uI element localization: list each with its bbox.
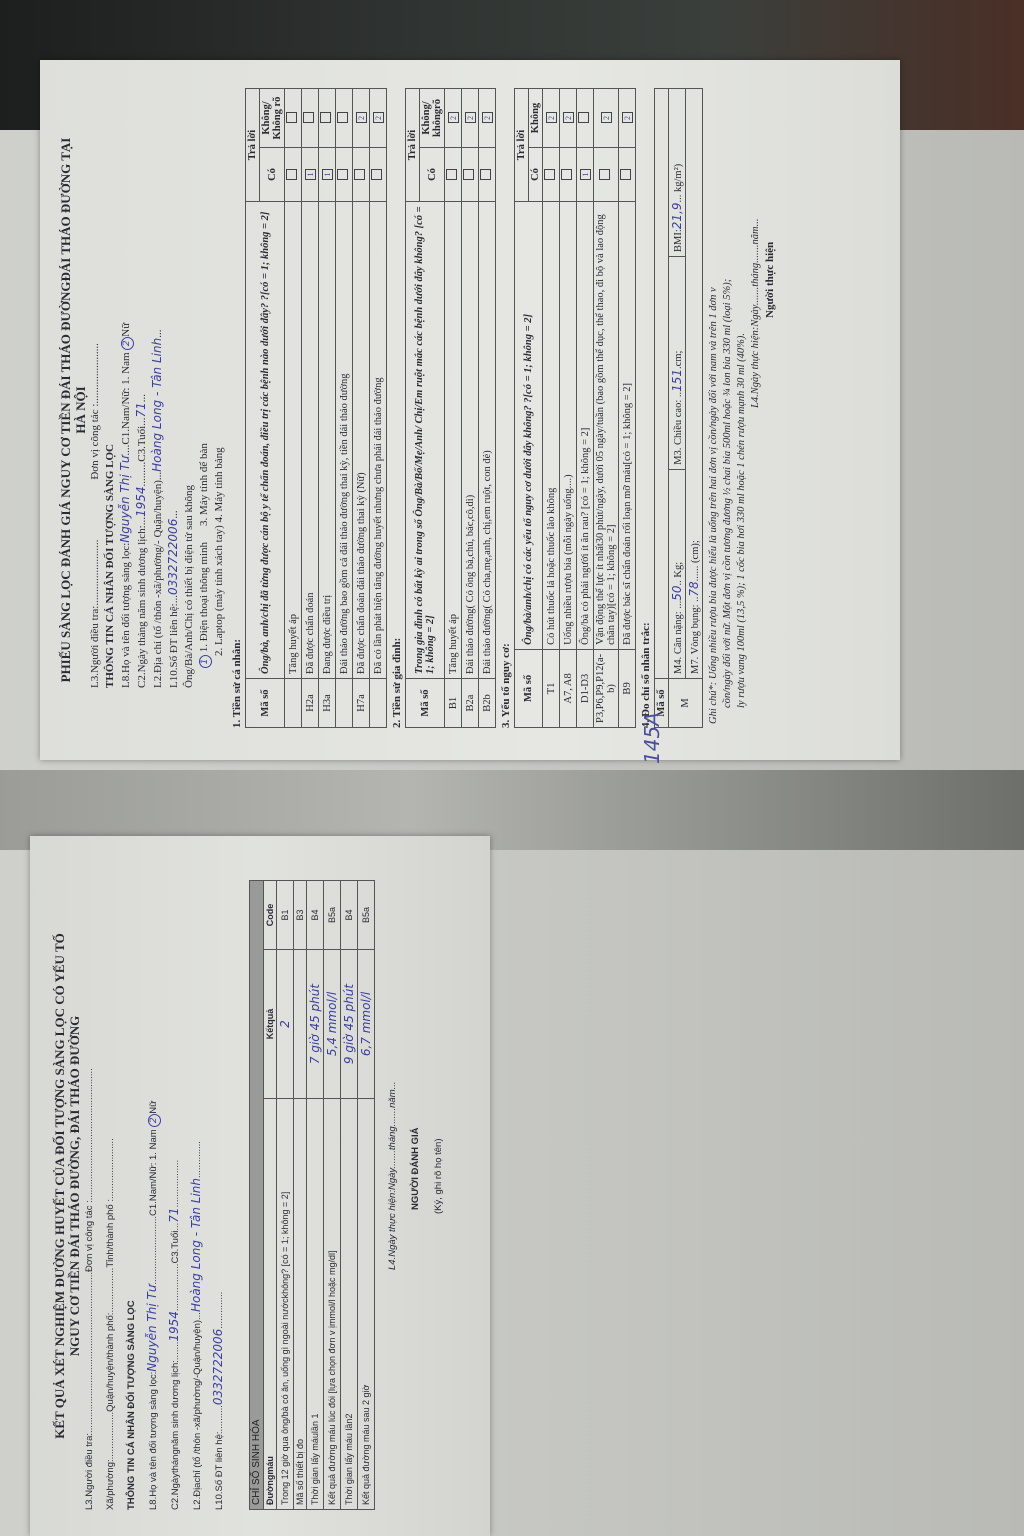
table-row: T1Có hút thuốc lá hoặc thuốc lào không2 [543, 89, 560, 728]
col-code: Mã số [246, 679, 285, 728]
gender-label: C1.Nam/Nữ: 1. Nam [120, 352, 132, 444]
address-label: L2.Địa chỉ (tổ /thôn -xã/phường/- Quận/h… [152, 480, 164, 688]
table-row: A7, A8Uống nhiều rượu bia (mỗi ngày uống… [560, 89, 577, 728]
age-value[interactable]: 71 [134, 402, 148, 417]
col-question: Ông/bà, anh/chị đã từng được cán bộ y tế… [246, 202, 285, 679]
cell-result[interactable]: 7 giờ 45 phút [307, 950, 324, 1099]
work-unit-label: Đơn vị công tác : [84, 1200, 95, 1272]
gender-female: Nữ [120, 323, 132, 337]
checkbox-yes[interactable]: 1 [305, 169, 316, 180]
screening-form-page: 145A PHIẾU SÀNG LỌC ĐÁNH GIÁ NGUY CƠ TIỀ… [40, 60, 900, 760]
cell-label: Trong 12 giờ qua ông/bà có ăn, uống gì n… [277, 1099, 294, 1510]
bmi-value[interactable]: 21,9 [670, 202, 684, 229]
table-row: B9Đã được bác sĩ chẩn đoán rối loạn mỡ m… [619, 89, 636, 728]
signer-note: (Ký, ghi rõ họ tên) [431, 862, 446, 1214]
height-unit: cm; [673, 351, 684, 367]
checkbox-no[interactable]: 2 [465, 113, 476, 124]
risk-factors-table: Mã sốÔng/bà/anh/chị có các yếu tố nguy c… [514, 88, 636, 728]
cell-text: Ông/bà có phải người ít ăn rau? [có = 1;… [577, 202, 594, 650]
checkbox-no[interactable]: 2 [601, 113, 612, 124]
col-answer: Trả lời [515, 89, 529, 202]
table-row: Thời gian lấy máulần 17 giờ 45 phútB4 [307, 881, 324, 1510]
cell-code: B2b [479, 679, 496, 728]
checkbox-no[interactable]: 2 [563, 113, 574, 124]
age-label: C3.Tuổi [170, 1231, 181, 1264]
birth-value[interactable]: 1954 [167, 1311, 181, 1342]
checkbox-no[interactable]: 2 [373, 113, 384, 124]
waist-label: M7. Vòng bụng: [690, 604, 701, 674]
phone-value[interactable]: 0332722006 [166, 519, 180, 595]
cell-result[interactable]: 9 giờ 45 phút [341, 950, 358, 1099]
table-row: Kết quả đường máu sau 2 giờ6,7 mmol/lB5a [358, 881, 375, 1510]
address-label: L2.Địachỉ (tổ /thôn -xã/phường/-Quận/huy… [192, 1320, 203, 1510]
table-row: Mã số thiết bị đoB3 [294, 881, 307, 1510]
gender-selected[interactable]: 2 [121, 337, 134, 350]
cell-code: B2a [462, 679, 479, 728]
waist-value[interactable]: 78 [687, 581, 701, 596]
table-row: B1Tăng huyết áp2 [445, 89, 462, 728]
checkbox-yes[interactable] [480, 169, 491, 180]
table-row: Trong 12 giờ qua ông/bà có ăn, uống gì n… [277, 881, 294, 1510]
checkbox-yes[interactable] [286, 169, 297, 180]
investigator-label: L3.Người điều tra: [84, 1433, 95, 1510]
cell-result[interactable]: 2 [277, 950, 294, 1099]
height-value[interactable]: 151 [670, 369, 684, 392]
cell-code: B4 [307, 881, 324, 950]
blood-glucose-result-page: KẾT QUẢ XÉT NGHIỆM ĐƯỜNG HUYẾT CỦA ĐỐI T… [30, 836, 490, 1536]
col-question: Trong gia đình có bất kỳ ai trong số Ông… [406, 202, 445, 679]
cell-text: Có hút thuốc lá hoặc thuốc lào không [543, 202, 560, 650]
device-question: Ông/Bà/Anh/Chị có thiết bị điện tử sau k… [182, 82, 197, 688]
personal-info-header: THÔNG TIN CÁ NHÂN ĐỐI TƯỢNG SÀNG LỌC [124, 862, 139, 1510]
col-yes: Có [260, 148, 285, 202]
name-value[interactable]: Nguyễn Thị Tư [118, 456, 132, 543]
checkbox-yes[interactable] [561, 169, 572, 180]
cell-code: T1 [543, 649, 560, 727]
checkbox-no[interactable]: 2 [448, 113, 459, 124]
section-anthropometry: 4. Đo chỉ số nhân trắc: [640, 82, 652, 728]
table-row: Tăng huyết áp [285, 89, 302, 728]
cell-result[interactable] [294, 950, 307, 1099]
cell-label: Thời gian lấy máulần 1 [307, 1099, 324, 1510]
weight-value[interactable]: 50 [670, 586, 684, 601]
device-option-1: 1. Điện thoại thông minh [198, 542, 210, 652]
province-label: Tỉnh/thành phố : [105, 1199, 116, 1268]
checkbox-no[interactable]: 2 [482, 113, 493, 124]
phone-value[interactable]: 0332722006 [211, 1329, 225, 1405]
waist-unit: (cm); [690, 540, 701, 563]
cell-text: Đang được điều trị [319, 202, 336, 679]
checkbox-yes[interactable]: 1 [322, 169, 333, 180]
cell-label: Mã số thiết bị đo [294, 1099, 307, 1510]
bmi-label: BMI: [673, 229, 684, 252]
table-row: H3aĐang được điều trị1 [319, 89, 336, 728]
cell-code [336, 679, 353, 728]
name-label: L8.Họ và tên đối tượng sàng lọc: [148, 1372, 159, 1510]
checkbox-yes[interactable] [446, 169, 457, 180]
note-line-2: cồn/ngày đối với nữ. Một đơn vị cồn tươn… [721, 82, 735, 708]
cell-code [285, 679, 302, 728]
checkbox-no[interactable]: 2 [622, 113, 633, 124]
anthro-code: M [669, 679, 703, 728]
handwritten-corner-mark: 145A [640, 712, 664, 764]
gender-selected[interactable]: 2 [148, 1114, 161, 1127]
note-line-3: ly rượu vang 100ml (13,5 %); 1 cốc bia h… [735, 82, 749, 708]
col-question: Ông/bà/anh/chị có các yếu tố nguy cơ dướ… [515, 202, 543, 650]
col-code: Code [264, 881, 277, 950]
checkbox-yes[interactable] [463, 169, 474, 180]
col-result: Kếtquả [264, 950, 277, 1099]
cell-code: B4 [341, 881, 358, 950]
form-title-line2: NGUY CƠ TIỀN ĐÁI THÁO ĐƯỜNG, ĐÁI THÁO ĐƯ… [67, 862, 82, 1510]
cell-text: Đái tháo đường bao gồm cả đái tháo đường… [336, 202, 353, 679]
signer-label: NGƯỜI ĐÁNH GIÁ [408, 862, 423, 1210]
checkbox-no[interactable] [337, 113, 348, 124]
biochemistry-table: CHỈ SỐ SINH HÓA ĐườngmáuKếtquảCode Trong… [249, 880, 375, 1510]
personal-history-table: Mã sốÔng/bà, anh/chị đã từng được cán bộ… [245, 88, 387, 728]
cell-label: Thời gian lấy máu lần2 [341, 1099, 358, 1510]
cell-text: Đái tháo đường( Có cha,mẹ,anh, chị,em ru… [479, 202, 496, 679]
table-row: H7aĐã được chẩn đoán đái tháo đường thai… [353, 89, 370, 728]
checkbox-yes[interactable] [371, 169, 382, 180]
checkbox-no[interactable] [320, 113, 331, 124]
height-label: M3. Chiều cao: [673, 400, 684, 465]
form-title: PHIẾU SÀNG LỌC ĐÁNH GIÁ NGUY CƠ TIỀN ĐÁI… [58, 82, 73, 738]
table-row: B2aĐái tháo đường( Có ông bà,chú, bác,cô… [462, 89, 479, 728]
birth-value[interactable]: 1954 [134, 486, 148, 517]
form-title: KẾT QUẢ XÉT NGHIỆM ĐƯỜNG HUYẾT CỦA ĐỐI T… [52, 862, 67, 1510]
district-label: Quận/huyện/thành phố: [105, 1313, 116, 1412]
date-line: L4.Ngày thực hiện:Ngày.......tháng......… [385, 862, 400, 1270]
name-value[interactable]: Nguyễn Thị Tư [145, 1285, 159, 1372]
section-personal-history: 1. Tiền sử cá nhân: [231, 82, 243, 728]
col-item: Đườngmáu [264, 1099, 277, 1510]
checkbox-no[interactable] [578, 113, 589, 124]
checkbox-yes[interactable] [599, 169, 610, 180]
cell-text: Tăng huyết áp [445, 202, 462, 679]
device-option-2: 2. Laptop (máy tính xách tay) [213, 525, 225, 656]
cell-text: Tăng huyết áp [285, 202, 302, 679]
table-row: H2aĐã được chẩn đoán1 [302, 89, 319, 728]
biochem-header: CHỈ SỐ SINH HÓA [250, 881, 264, 1510]
checkbox-no[interactable] [286, 113, 297, 124]
weight-unit: Kg; [673, 562, 684, 578]
table-row: P3,P6,P9,P12(a-b)Vận động thể lực ít nhấ… [594, 89, 619, 728]
note-line-1: Ghi chú*: Uống nhiều rượu bia được hiểu … [707, 82, 721, 724]
cell-code: D1-D3 [577, 649, 594, 727]
checkbox-no[interactable] [303, 113, 314, 124]
birth-label: C2.Ngàythángnăm sinh dương lịch: [170, 1360, 181, 1510]
checkbox-no[interactable]: 2 [546, 113, 557, 124]
signer-label: Người thực hiện [763, 82, 778, 318]
phone-label: L10.Số ĐT liên hệ: [214, 1431, 225, 1510]
bmi-unit: kg/m² [673, 167, 684, 192]
cell-text: Đã được bác sĩ chẩn đoán rối loạn mỡ máu… [619, 202, 636, 650]
col-code: Mã số [406, 679, 445, 728]
col-answer: Trả lời [406, 89, 420, 202]
col-no: Không/ khôngrõ [420, 89, 445, 148]
cell-code: H2a [302, 679, 319, 728]
checkbox-no[interactable]: 2 [356, 113, 367, 124]
col-code: Mã số [515, 649, 543, 727]
cell-text: Đã có lần phát hiện tăng đường huyết như… [370, 202, 387, 679]
cell-code: H7a [353, 679, 370, 728]
cell-code: A7, A8 [560, 649, 577, 727]
cell-code: B5a [324, 881, 341, 950]
cell-result[interactable]: 6,7 mmol/l [358, 950, 375, 1099]
table-row: Đã có lần phát hiện tăng đường huyết như… [370, 89, 387, 728]
cell-code: B1 [277, 881, 294, 950]
cell-text: Vận động thể lực ít nhất30 phút/ngày, dư… [594, 202, 619, 650]
device-option-4: 4. Máy tính bảng [213, 447, 225, 522]
birth-label: C2.Ngày tháng năm sinh dương lịch: [136, 525, 148, 688]
table-row: Thời gian lấy máu lần29 giờ 45 phútB4 [341, 881, 358, 1510]
cell-code: B9 [619, 649, 636, 727]
cell-text: Đái tháo đường( Có ông bà,chú, bác,cô,dì… [462, 202, 479, 679]
table-row: Kết quả đường máu lúc đói [lựa chọn đơn … [324, 881, 341, 1510]
section-risk-factors: 3. Yếu tố nguy cơ: [500, 82, 512, 728]
cell-result[interactable]: 5,4 mmol/l [324, 950, 341, 1099]
cell-text: Đã được chẩn đoán [302, 202, 319, 679]
cell-code: B1 [445, 679, 462, 728]
gender-label: C1.Nam/Nữ: 1. Nam [148, 1129, 159, 1216]
col-answer: Trả lời [246, 89, 260, 202]
cell-text: Đã được chẩn đoán đái tháo đường thai kỳ… [353, 202, 370, 679]
device-selected[interactable]: 1 [199, 655, 212, 668]
cell-label: Kết quả đường máu lúc đói [lựa chọn đơn … [324, 1099, 341, 1510]
device-option-3: 3. Máy tính để bàn [198, 443, 210, 526]
cell-code [370, 679, 387, 728]
weight-label: M4. Cân nặng: [673, 611, 684, 674]
cell-code: H3a [319, 679, 336, 728]
phone-label: L10.Số ĐT liên hệ: [168, 603, 180, 688]
investigator-label: L3.Người điều tra: [89, 606, 101, 688]
col-yes: Có [420, 148, 445, 202]
table-row: D1-D3Ông/bà có phải người ít ăn rau? [có… [577, 89, 594, 728]
ward-label: Xã/phường: [105, 1459, 116, 1510]
gender-female: Nữ [148, 1100, 159, 1113]
anthropometry-table: Mã số M M4. Cân nặng: ...50.. Kg; M3. Ch… [654, 88, 703, 728]
personal-info-header: THÔNG TIN CÁ NHÂN ĐỐI TƯỢNG SÀNG LỌC [103, 82, 118, 688]
cell-code: B3 [294, 881, 307, 950]
checkbox-yes[interactable]: 1 [580, 169, 591, 180]
checkbox-yes[interactable] [337, 169, 348, 180]
checkbox-yes[interactable] [620, 169, 631, 180]
family-history-table: Mã sốTrong gia đình có bất kỳ ai trong s… [405, 88, 496, 728]
date-line: L4.Ngày thực hiện:Ngày.......tháng......… [749, 82, 763, 408]
cell-code: B5a [358, 881, 375, 950]
col-no: Không [529, 89, 543, 148]
cell-code: P3,P6,P9,P12(a-b) [594, 649, 619, 727]
table-row: Đái tháo đường bao gồm cả đái tháo đường… [336, 89, 353, 728]
age-value[interactable]: 71 [167, 1207, 181, 1222]
col-no: Không/ Không rõ [260, 89, 285, 148]
address-value[interactable]: Hoàng Long - Tân Linh [150, 338, 164, 472]
name-label: L8.Họ và tên đối tượng sàng lọc: [120, 543, 132, 688]
cell-text: Uống nhiều rượu bia (mỗi ngày uống....) [560, 202, 577, 650]
checkbox-yes[interactable] [354, 169, 365, 180]
form-title-city: HÀ NỘI [73, 82, 88, 738]
address-value[interactable]: Hoàng Long - Tân Linh [189, 1178, 203, 1312]
col-yes: Có [529, 148, 543, 202]
section-family-history: 2. Tiền sử gia đình: [391, 82, 403, 728]
table-row: B2bĐái tháo đường( Có cha,mẹ,anh, chị,em… [479, 89, 496, 728]
cell-label: Kết quả đường máu sau 2 giờ [358, 1099, 375, 1510]
checkbox-yes[interactable] [544, 169, 555, 180]
work-unit-label: Đơn vị công tác : [89, 404, 101, 480]
age-label: C3.Tuổi [136, 426, 148, 462]
